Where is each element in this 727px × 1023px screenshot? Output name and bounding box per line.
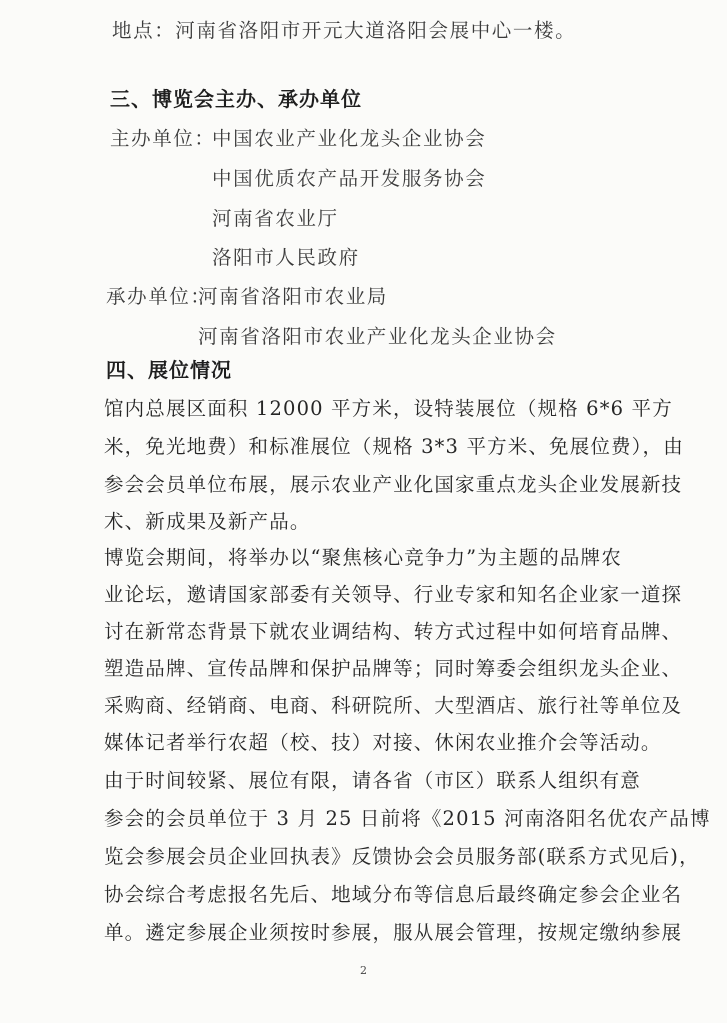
paragraph-line: 馆内总展区面积 12000 平方米，设特装展位（规格 6*6 平方 — [104, 396, 673, 422]
paragraph-line: 采购商、经销商、电商、科研院所、大型酒店、旅行社等单位及 — [104, 693, 682, 719]
paragraph-line: 讨在新常态背景下就农业调结构、转方式过程中如何培育品牌、 — [104, 619, 682, 645]
paragraph-line: 米，免光地费）和标准展位（规格 3*3 平方米、免展位费），由 — [104, 434, 684, 460]
paragraph-line: 协会综合考虑报名先后、地域分布等信息后最终确定参会企业名 — [104, 882, 682, 908]
co-organizer-item: 河南省洛阳市农业产业化龙头企业协会 — [198, 324, 557, 350]
organizers-label: 主办单位： — [110, 126, 216, 152]
paragraph-line: 媒体记者举行农超（校、技）对接、休闲农业推介会等活动。 — [104, 730, 662, 756]
paragraph-line: 塑造品牌、宣传品牌和保护品牌等；同时筹委会组织龙头企业、 — [104, 656, 682, 682]
page-number: 2 — [360, 964, 367, 977]
paragraph-line: 术、新成果及新产品。 — [104, 509, 311, 535]
section-4-heading: 四、展位情况 — [106, 357, 232, 383]
location-line: 地点：河南省洛阳市开元大道洛阳会展中心一楼。 — [112, 18, 576, 44]
co-organizer-item: 河南省洛阳市农业局 — [198, 284, 388, 310]
paragraph-line: 博览会期间，将举办以“聚焦核心竞争力”为主题的品牌农 — [104, 545, 622, 571]
organizer-item: 中国优质农产品开发服务协会 — [212, 166, 486, 192]
paragraph-line: 参会的会员单位于 3 月 25 日前将《2015 河南洛阳名优农产品博 — [104, 806, 711, 832]
paragraph-line: 参会会员单位布展，展示农业产业化国家重点龙头企业发展新技 — [104, 472, 682, 498]
section-3-heading: 三、博览会主办、承办单位 — [110, 86, 362, 112]
organizer-item: 洛阳市人民政府 — [212, 245, 360, 271]
paragraph-line: 业论坛，邀请国家部委有关领导、行业专家和知名企业家一道探 — [104, 582, 682, 608]
paragraph-line: 由于时间较紧、展位有限，请各省（市区）联系人组织有意 — [104, 768, 641, 794]
document-page: 地点：河南省洛阳市开元大道洛阳会展中心一楼。 三、博览会主办、承办单位 主办单位… — [0, 0, 727, 1023]
organizer-item: 河南省农业厅 — [212, 206, 339, 232]
paragraph-line: 单。遴定参展企业须按时参展，服从展会管理，按规定缴纳参展 — [104, 920, 682, 946]
organizer-item: 中国农业产业化龙头企业协会 — [212, 126, 486, 152]
co-organizers-label: 承办单位： — [106, 284, 212, 310]
paragraph-line: 览会参展会员企业回执表》反馈协会会员服务部(联系方式见后)， — [104, 844, 700, 870]
